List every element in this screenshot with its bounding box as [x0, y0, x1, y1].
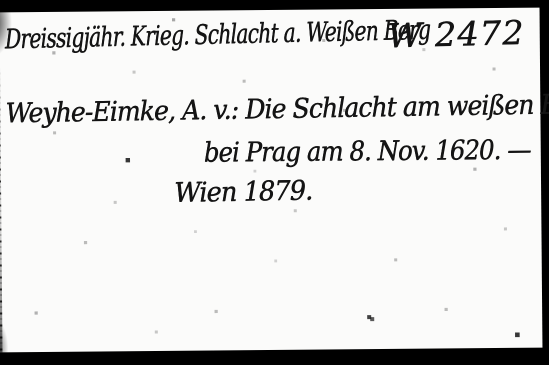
shelfmark: W 2472	[387, 13, 525, 56]
scan-corner-smudge-bottom	[0, 316, 9, 356]
torn-edge-noise	[0, 12, 2, 352]
scan-background: Dreissigjähr. Krieg. Schlacht a. Weißen …	[0, 0, 549, 365]
catalog-card: Dreissigjähr. Krieg. Schlacht a. Weißen …	[0, 8, 542, 353]
title-continuation-line: bei Prag am 8. Nov. 1620. —	[204, 135, 531, 169]
subject-heading: Dreissigjähr. Krieg. Schlacht a. Weißen …	[5, 15, 431, 56]
author-title-line: Weyhe-Eimke, A. v.: Die Schlacht am weiß…	[5, 88, 549, 129]
scan-corner-smudge	[0, 7, 12, 57]
publication-line: Wien 1879.	[174, 175, 312, 208]
